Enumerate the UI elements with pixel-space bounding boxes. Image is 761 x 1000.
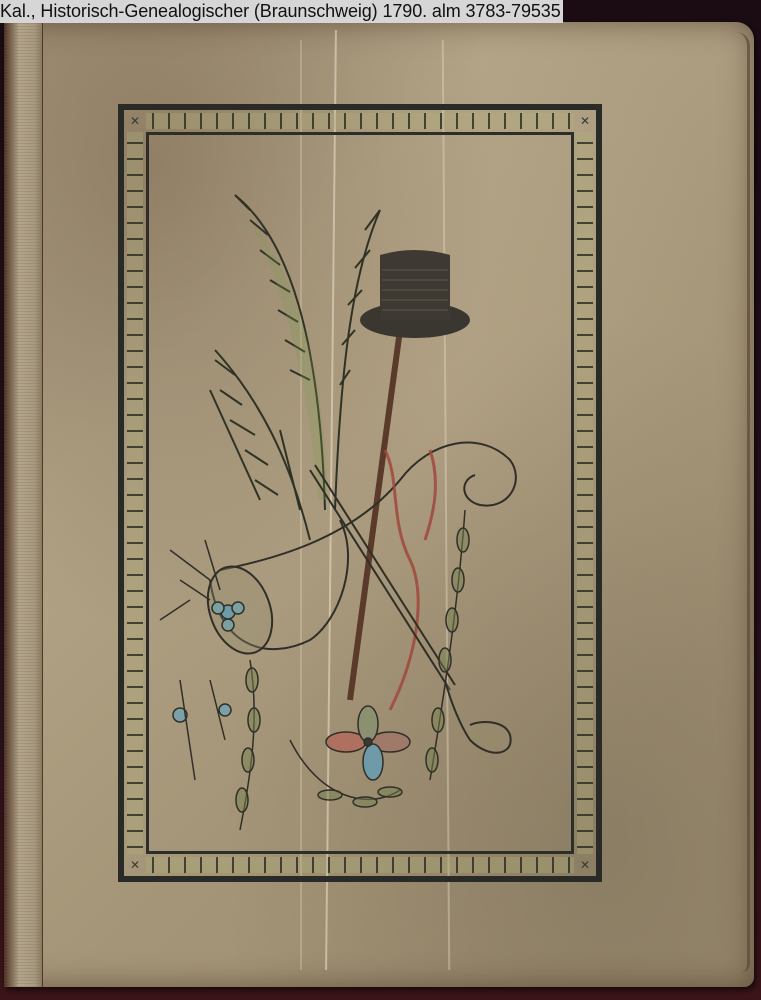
laurel-border-left [127,132,143,854]
woodcut-illustration [150,180,550,840]
laurel-border-top [146,113,574,129]
small-leaves-icon [160,540,225,780]
corner-ornament-icon: ✕ [127,857,143,873]
laurel-border-bottom [146,857,574,873]
cornucopia-icon [196,443,515,663]
laurel-border-right [577,132,593,854]
corner-ornament-icon: ✕ [577,857,593,873]
image-caption: Kal., Historisch-Genealogischer (Braunsc… [0,0,563,23]
horn-icon [445,680,511,753]
palm-tint [250,220,328,500]
corner-ornament-icon: ✕ [577,113,593,129]
flower-icon [173,602,410,780]
book-spine [4,22,43,987]
palm-fronds-icon [210,195,380,540]
corner-ornament-icon: ✕ [127,113,143,129]
